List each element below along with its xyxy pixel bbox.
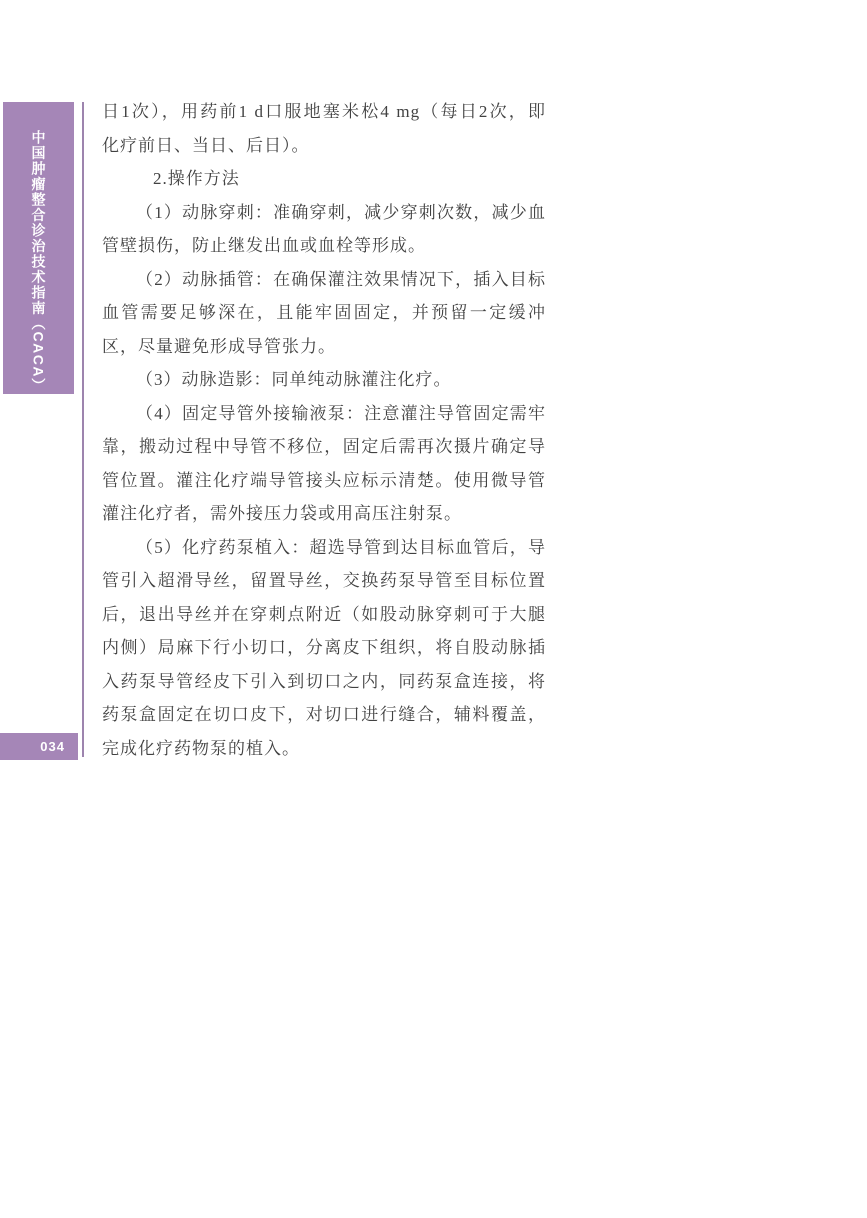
sidebar-banner: 中国肿瘤整合诊治技术指南（CACA） xyxy=(3,102,74,394)
text-line: （4）固定导管外接输液泵：注意灌注导管固定需牢 xyxy=(102,397,546,431)
vertical-divider xyxy=(82,102,84,757)
text-line: 灌注化疗者，需外接压力袋或用高压注射泵。 xyxy=(102,497,546,531)
body-text: 日1次），用药前1 d口服地塞米松4 mg（每日2次，即化疗前日、当日、后日）。… xyxy=(102,95,546,765)
text-line: 完成化疗药物泵的植入。 xyxy=(102,732,546,766)
paragraph-7: （5）化疗药泵植入：超选导管到达目标血管后，导管引入超滑导丝，留置导丝，交换药泵… xyxy=(102,531,546,766)
paragraph-2: 2.操作方法 xyxy=(102,162,546,196)
text-line: 血管需要足够深在，且能牢固固定，并预留一定缓冲 xyxy=(102,296,546,330)
page-number-badge: 034 xyxy=(0,733,78,760)
text-line: 药泵盒固定在切口皮下，对切口进行缝合，辅料覆盖， xyxy=(102,698,546,732)
paragraph-5: （3）动脉造影：同单纯动脉灌注化疗。 xyxy=(102,363,546,397)
text-line: 区，尽量避免形成导管张力。 xyxy=(102,330,546,364)
text-line: 内侧）局麻下行小切口，分离皮下组织，将自股动脉插 xyxy=(102,631,546,665)
text-line: 入药泵导管经皮下引入到切口之内，同药泵盒连接，将 xyxy=(102,665,546,699)
text-line: 2.操作方法 xyxy=(102,162,546,196)
text-line: 日1次），用药前1 d口服地塞米松4 mg（每日2次，即 xyxy=(102,95,546,129)
sidebar-title: 中国肿瘤整合诊治技术指南（CACA） xyxy=(29,130,49,394)
text-line: 化疗前日、当日、后日）。 xyxy=(102,129,546,163)
text-line: 管位置。灌注化疗端导管接头应标示清楚。使用微导管 xyxy=(102,464,546,498)
text-line: （1）动脉穿刺：准确穿刺，减少穿刺次数，减少血 xyxy=(102,196,546,230)
paragraph-3: （1）动脉穿刺：准确穿刺，减少穿刺次数，减少血管壁损伤，防止继发出血或血栓等形成… xyxy=(102,196,546,263)
text-line: 管壁损伤，防止继发出血或血栓等形成。 xyxy=(102,229,546,263)
document-page: 中国肿瘤整合诊治技术指南（CACA） 034 日1次），用药前1 d口服地塞米松… xyxy=(0,0,867,1218)
paragraph-6: （4）固定导管外接输液泵：注意灌注导管固定需牢靠，搬动过程中导管不移位，固定后需… xyxy=(102,397,546,531)
page-number: 034 xyxy=(40,739,65,754)
text-line: 靠，搬动过程中导管不移位，固定后需再次摄片确定导 xyxy=(102,430,546,464)
text-line: 后，退出导丝并在穿刺点附近（如股动脉穿刺可于大腿 xyxy=(102,598,546,632)
paragraph-4: （2）动脉插管：在确保灌注效果情况下，插入目标血管需要足够深在，且能牢固固定，并… xyxy=(102,263,546,364)
text-line: 管引入超滑导丝，留置导丝，交换药泵导管至目标位置 xyxy=(102,564,546,598)
text-line: （2）动脉插管：在确保灌注效果情况下，插入目标 xyxy=(102,263,546,297)
paragraph-1: 日1次），用药前1 d口服地塞米松4 mg（每日2次，即化疗前日、当日、后日）。 xyxy=(102,95,546,162)
text-line: （5）化疗药泵植入：超选导管到达目标血管后，导 xyxy=(102,531,546,565)
text-line: （3）动脉造影：同单纯动脉灌注化疗。 xyxy=(102,363,546,397)
